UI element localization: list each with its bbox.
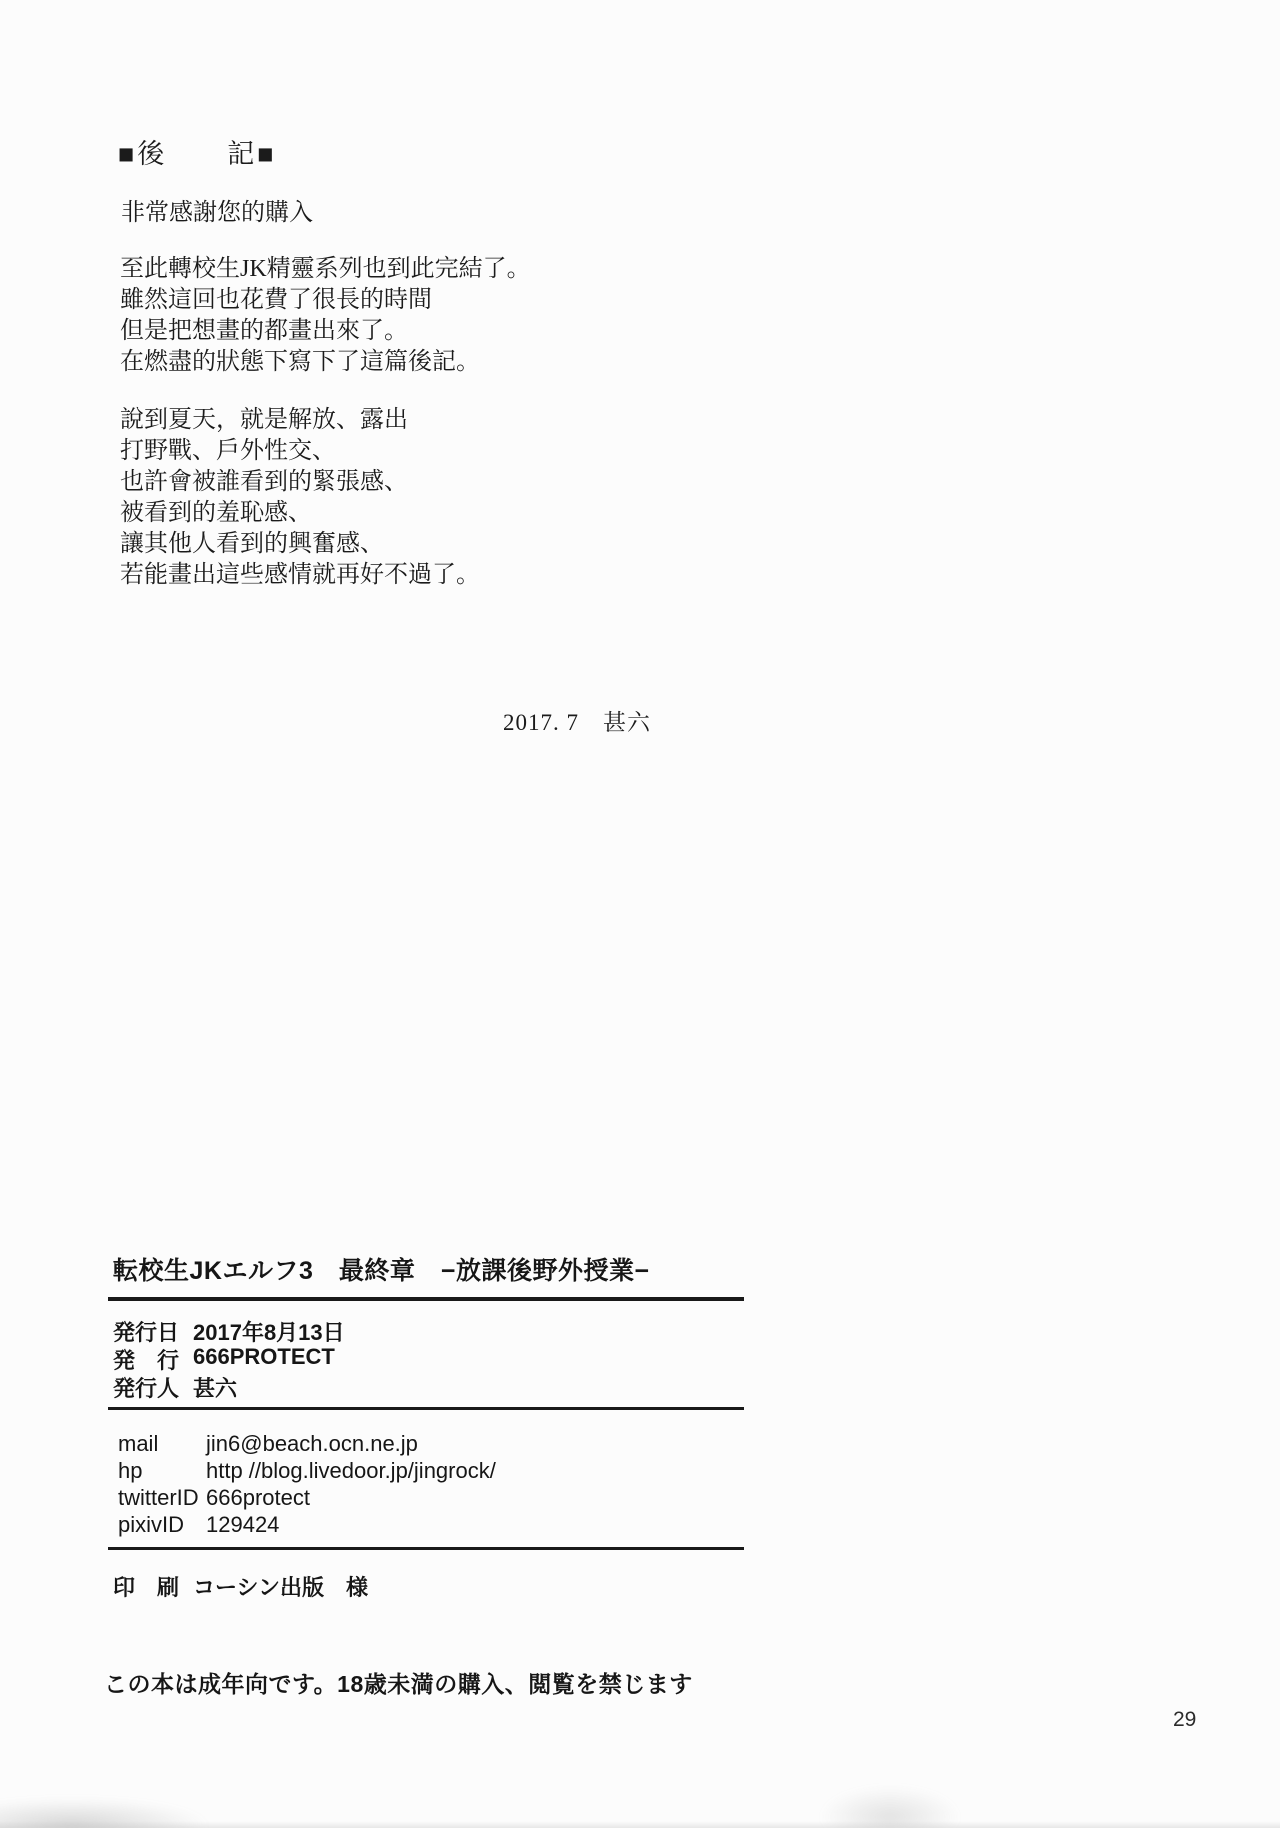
afterword-line: 也許會被誰看到的緊張感、: [120, 467, 480, 498]
horizontal-rule: [108, 1407, 744, 1410]
printer-value: コーシン出版 様: [193, 1571, 368, 1602]
afterword-line: 在燃盡的狀態下寫下了這篇後記。: [120, 347, 531, 378]
publication-label: 発 行: [113, 1344, 193, 1375]
horizontal-rule: [108, 1547, 744, 1550]
contact-value: 666protect: [206, 1485, 310, 1511]
publication-row: 発行人 甚六: [113, 1372, 345, 1400]
publication-value: 2017年8月13日: [193, 1316, 345, 1347]
publication-row: 発行日 2017年8月13日: [113, 1316, 345, 1344]
afterword-line: 讓其他人看到的興奮感、: [120, 529, 480, 560]
colophon-title: 転校生JKエルフ3 最終章 −放課後野外授業−: [113, 1251, 650, 1287]
afterword-greeting: 非常感謝您的購入: [121, 198, 313, 229]
horizontal-rule: [108, 1297, 744, 1301]
afterword-paragraph-1: 至此轉校生JK精靈系列也到此完結了。 雖然這回也花費了很長的時間 但是把想畫的都…: [120, 254, 531, 378]
contact-value: http //blog.livedoor.jp/jingrock/: [206, 1458, 496, 1484]
afterword-line: 雖然這回也花費了很長的時間: [120, 285, 531, 316]
contact-row: pixivID 129424: [118, 1512, 496, 1539]
afterword-line: 說到夏天，就是解放、露出: [120, 405, 480, 436]
contact-label: pixivID: [118, 1512, 206, 1538]
printer-label: 印 刷: [113, 1571, 193, 1602]
contact-label: hp: [118, 1458, 206, 1484]
contact-row: hp http //blog.livedoor.jp/jingrock/: [118, 1458, 496, 1485]
contact-info: mail jin6@beach.ocn.ne.jp hp http //blog…: [118, 1431, 496, 1539]
publication-label: 発行人: [113, 1372, 193, 1403]
contact-label: mail: [118, 1431, 206, 1457]
contact-row: mail jin6@beach.ocn.ne.jp: [118, 1431, 496, 1458]
afterword-line: 但是把想畫的都畫出來了。: [120, 316, 531, 347]
contact-value: jin6@beach.ocn.ne.jp: [206, 1431, 418, 1457]
contact-label: twitterID: [118, 1485, 206, 1511]
publication-label: 発行日: [113, 1316, 193, 1347]
publication-value: 666PROTECT: [193, 1344, 335, 1370]
contact-value: 129424: [206, 1512, 279, 1538]
printer-info: 印 刷 コーシン出版 様: [113, 1571, 368, 1602]
afterword-paragraph-2: 說到夏天，就是解放、露出 打野戰、戶外性交、 也許會被誰看到的緊張感、 被看到的…: [120, 405, 480, 591]
afterword-line: 被看到的羞恥感、: [120, 498, 480, 529]
afterword-line: 若能畫出這些感情就再好不過了。: [120, 560, 480, 591]
afterword-header: ■後 記■: [118, 138, 277, 170]
publication-row: 発 行 666PROTECT: [113, 1344, 345, 1372]
publication-value: 甚六: [193, 1372, 237, 1403]
document-page: ■後 記■ 非常感謝您的購入 至此轉校生JK精靈系列也到此完結了。 雖然這回也花…: [0, 0, 1280, 1828]
adult-notice: この本は成年向です。18歳未満の購入、閲覧を禁じます: [104, 1666, 693, 1699]
page-number: 29: [1173, 1708, 1196, 1732]
afterword-line: 打野戰、戶外性交、: [120, 436, 480, 467]
contact-row: twitterID 666protect: [118, 1485, 496, 1512]
afterword-line: 至此轉校生JK精靈系列也到此完結了。: [120, 254, 531, 285]
afterword-signature: 2017. 7 甚六: [503, 704, 651, 737]
scan-bottom-edge: [0, 1821, 1280, 1828]
publication-info: 発行日 2017年8月13日 発 行 666PROTECT 発行人 甚六: [113, 1316, 345, 1400]
